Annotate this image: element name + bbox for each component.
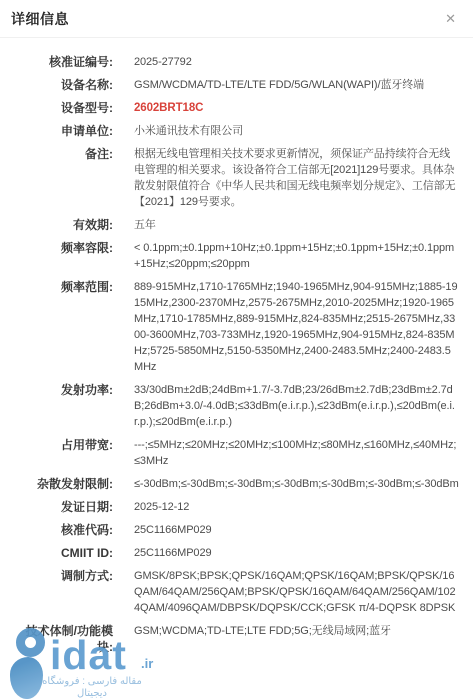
field-label: 杂散发射限制: — [13, 476, 113, 492]
field-value: 889-915MHz,1710-1765MHz;1940-1965MHz,904… — [134, 279, 459, 375]
field-value: GMSK/8PSK;BPSK;QPSK/16QAM;QPSK/16QAM;BPS… — [134, 568, 459, 616]
row-frequency-range: 频率范围: 889-915MHz,1710-1765MHz;1940-1965M… — [13, 279, 459, 375]
row-tech-standard: 技术体制/功能模块: GSM;WCDMA;TD-LTE;LTE FDD;5G;无… — [13, 623, 459, 655]
field-label: 调制方式: — [13, 568, 113, 584]
field-value: ---;≤5MHz;≤20MHz;≤20MHz;≤100MHz;≤80MHz,≤… — [134, 437, 459, 469]
watermark-persian-tagline: مقاله فارسی : فروشگاه دیجیتال — [28, 676, 156, 700]
field-value: < 0.1ppm;±0.1ppm+10Hz;±0.1ppm+15Hz;±0.1p… — [134, 240, 459, 272]
field-label: 申请单位: — [13, 123, 113, 139]
field-label: 设备名称: — [13, 77, 113, 93]
row-modulation: 调制方式: GMSK/8PSK;BPSK;QPSK/16QAM;QPSK/16Q… — [13, 568, 459, 616]
field-value: ≤-30dBm;≤-30dBm;≤-30dBm;≤-30dBm;≤-30dBm;… — [134, 476, 459, 492]
row-issue-date: 发证日期: 2025-12-12 — [13, 499, 459, 515]
row-applicant: 申请单位: 小米通讯技术有限公司 — [13, 123, 459, 139]
field-label: 发射功率: — [13, 382, 113, 398]
row-spurious-emission-limit: 杂散发射限制: ≤-30dBm;≤-30dBm;≤-30dBm;≤-30dBm;… — [13, 476, 459, 492]
detail-modal: 详细信息 ✕ 核准证编号: 2025-27792 设备名称: GSM/WCDMA… — [0, 0, 473, 700]
field-value: 五年 — [134, 217, 459, 233]
row-validity-period: 有效期: 五年 — [13, 217, 459, 233]
field-label: 备注: — [13, 146, 113, 162]
field-value: GSM/WCDMA/TD-LTE/LTE FDD/5G/WLAN(WAPI)/蓝… — [134, 77, 459, 93]
row-occupied-bandwidth: 占用带宽: ---;≤5MHz;≤20MHz;≤20MHz;≤100MHz;≤8… — [13, 437, 459, 469]
row-frequency-tolerance: 频率容限: < 0.1ppm;±0.1ppm+10Hz;±0.1ppm+15Hz… — [13, 240, 459, 272]
watermark-logo-blob-icon — [10, 657, 43, 699]
field-label: CMIIT ID: — [13, 545, 113, 561]
field-label: 核准代码: — [13, 522, 113, 538]
modal-header: 详细信息 ✕ — [0, 0, 473, 38]
row-approval-cert-number: 核准证编号: 2025-27792 — [13, 54, 459, 70]
row-device-name: 设备名称: GSM/WCDMA/TD-LTE/LTE FDD/5G/WLAN(W… — [13, 77, 459, 93]
row-remarks: 备注: 根据无线电管理相关技术要求更新情况，须保证产品持续符合无线电管理的相关要… — [13, 146, 459, 210]
field-value: 33/30dBm±2dB;24dBm+1.7/-3.7dB;23/26dBm±2… — [134, 382, 459, 430]
page-title: 详细信息 — [11, 9, 69, 29]
row-cmiit-id: CMIIT ID: 25C1166MP029 — [13, 545, 459, 561]
field-value-model-highlight: 2602BRT18C — [134, 100, 459, 116]
field-label: 频率容限: — [13, 240, 113, 256]
field-value: 2025-12-12 — [134, 499, 459, 515]
watermark-site-tld: .ir — [141, 656, 153, 671]
field-value: 根据无线电管理相关技术要求更新情况，须保证产品持续符合无线电管理的相关要求。该设… — [134, 146, 459, 210]
field-value: 小米通讯技术有限公司 — [134, 123, 459, 139]
field-label: 核准证编号: — [13, 54, 113, 70]
field-value: GSM;WCDMA;TD-LTE;LTE FDD;5G;无线局域网;蓝牙 — [134, 623, 459, 639]
field-label: 占用带宽: — [13, 437, 113, 453]
field-value: 25C1166MP029 — [134, 522, 459, 538]
row-device-model: 设备型号: 2602BRT18C — [13, 100, 459, 116]
field-label: 发证日期: — [13, 499, 113, 515]
field-value: 2025-27792 — [134, 54, 459, 70]
field-label: 设备型号: — [13, 100, 113, 116]
row-transmit-power: 发射功率: 33/30dBm±2dB;24dBm+1.7/-3.7dB;23/2… — [13, 382, 459, 430]
row-approval-code: 核准代码: 25C1166MP029 — [13, 522, 459, 538]
detail-fields: 核准证编号: 2025-27792 设备名称: GSM/WCDMA/TD-LTE… — [0, 38, 473, 655]
close-icon[interactable]: ✕ — [443, 10, 458, 27]
field-label: 有效期: — [13, 217, 113, 233]
field-value: 25C1166MP029 — [134, 545, 459, 561]
field-label: 频率范围: — [13, 279, 113, 295]
field-label: 技术体制/功能模块: — [13, 623, 113, 655]
